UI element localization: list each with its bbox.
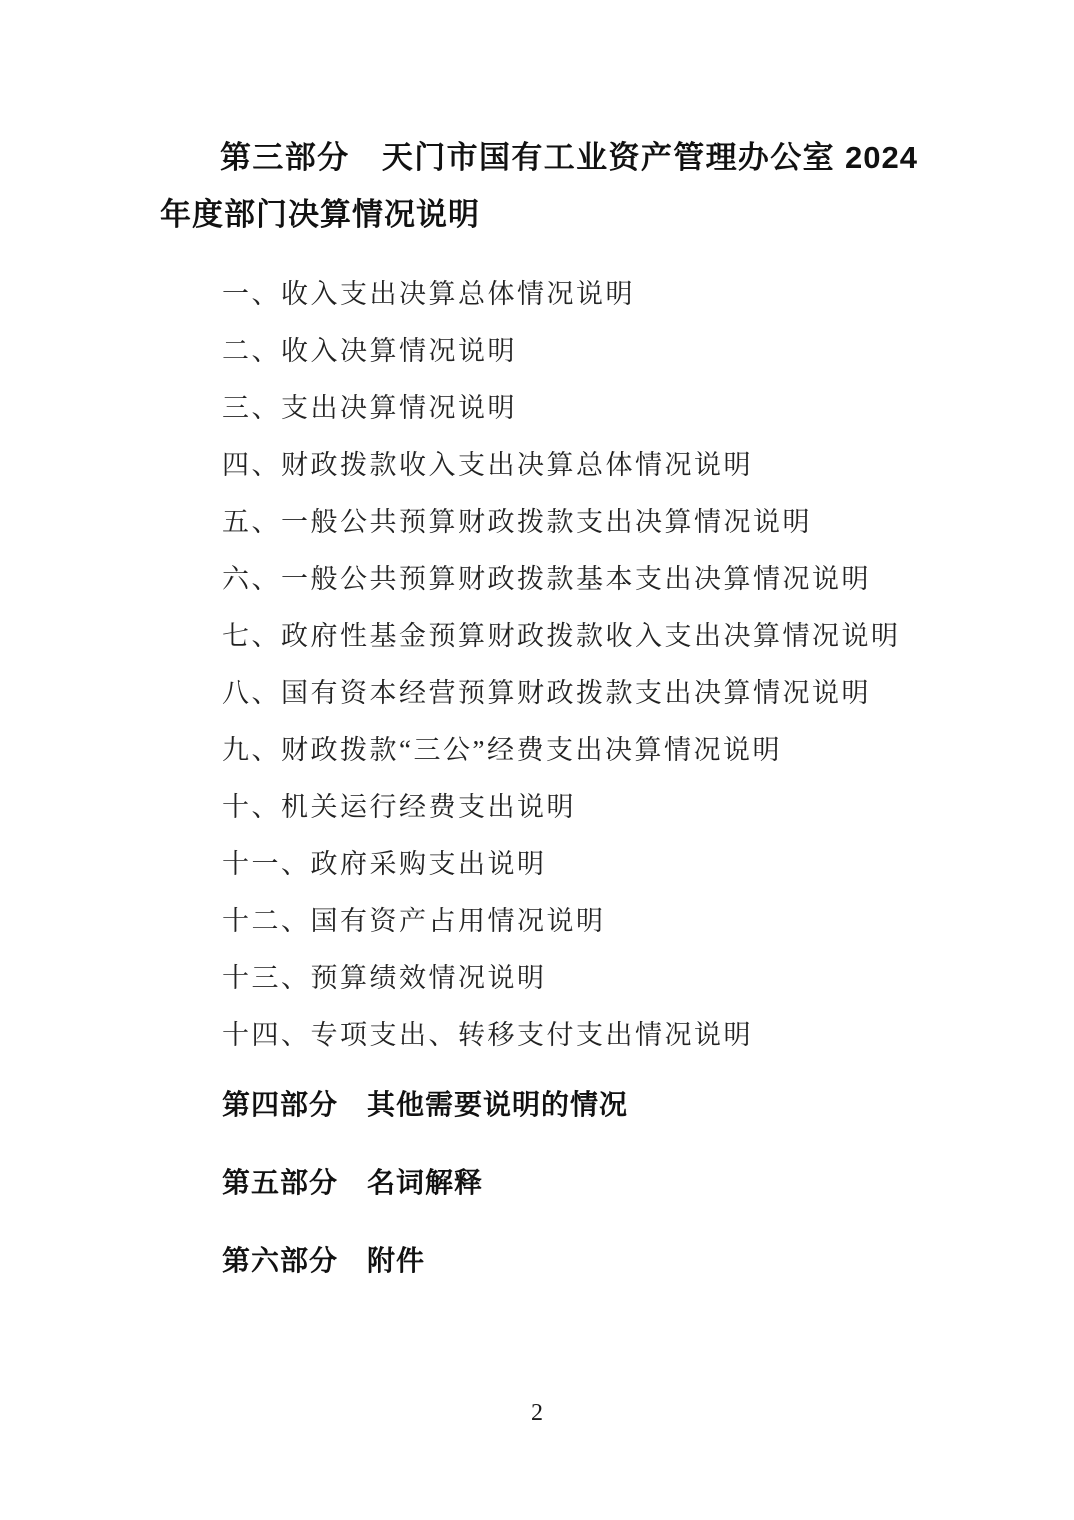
toc-item-4: 四、财政拨款收入支出决算总体情况说明 [160,437,918,494]
toc-item-1: 一、收入支出决算总体情况说明 [160,266,918,323]
toc-list: 一、收入支出决算总体情况说明 二、收入决算情况说明 三、支出决算情况说明 四、财… [160,266,918,1064]
toc-item-6: 六、一般公共预算财政拨款基本支出决算情况说明 [160,551,918,608]
section-heading-part5: 第五部分 名词解释 [160,1154,918,1211]
page-number: 2 [531,1400,543,1426]
section-heading-part4: 第四部分 其他需要说明的情况 [160,1076,918,1133]
toc-item-10: 十、机关运行经费支出说明 [160,779,918,836]
page-content: 第三部分 天门市国有工业资产管理办公室 2024 年度部门决算情况说明 一、收入… [160,129,918,1310]
section-headings: 第四部分 其他需要说明的情况 第五部分 名词解释 第六部分 附件 [160,1076,918,1289]
toc-item-7: 七、政府性基金预算财政拨款收入支出决算情况说明 [160,608,918,665]
toc-item-2: 二、收入决算情况说明 [160,323,918,380]
document-page: 第三部分 天门市国有工业资产管理办公室 2024 年度部门决算情况说明 一、收入… [0,0,1074,1520]
toc-item-14: 十四、专项支出、转移支付支出情况说明 [160,1007,918,1064]
toc-item-12: 十二、国有资产占用情况说明 [160,893,918,950]
toc-item-8: 八、国有资本经营预算财政拨款支出决算情况说明 [160,665,918,722]
document-title: 第三部分 天门市国有工业资产管理办公室 2024 年度部门决算情况说明 [160,129,918,243]
toc-item-5: 五、一般公共预算财政拨款支出决算情况说明 [160,494,918,551]
toc-item-9: 九、财政拨款“三公”经费支出决算情况说明 [160,722,918,779]
toc-item-3: 三、支出决算情况说明 [160,380,918,437]
page-footer: 2 [0,1398,1074,1428]
toc-item-11: 十一、政府采购支出说明 [160,836,918,893]
section-heading-part6: 第六部分 附件 [160,1232,918,1289]
toc-item-13: 十三、预算绩效情况说明 [160,950,918,1007]
